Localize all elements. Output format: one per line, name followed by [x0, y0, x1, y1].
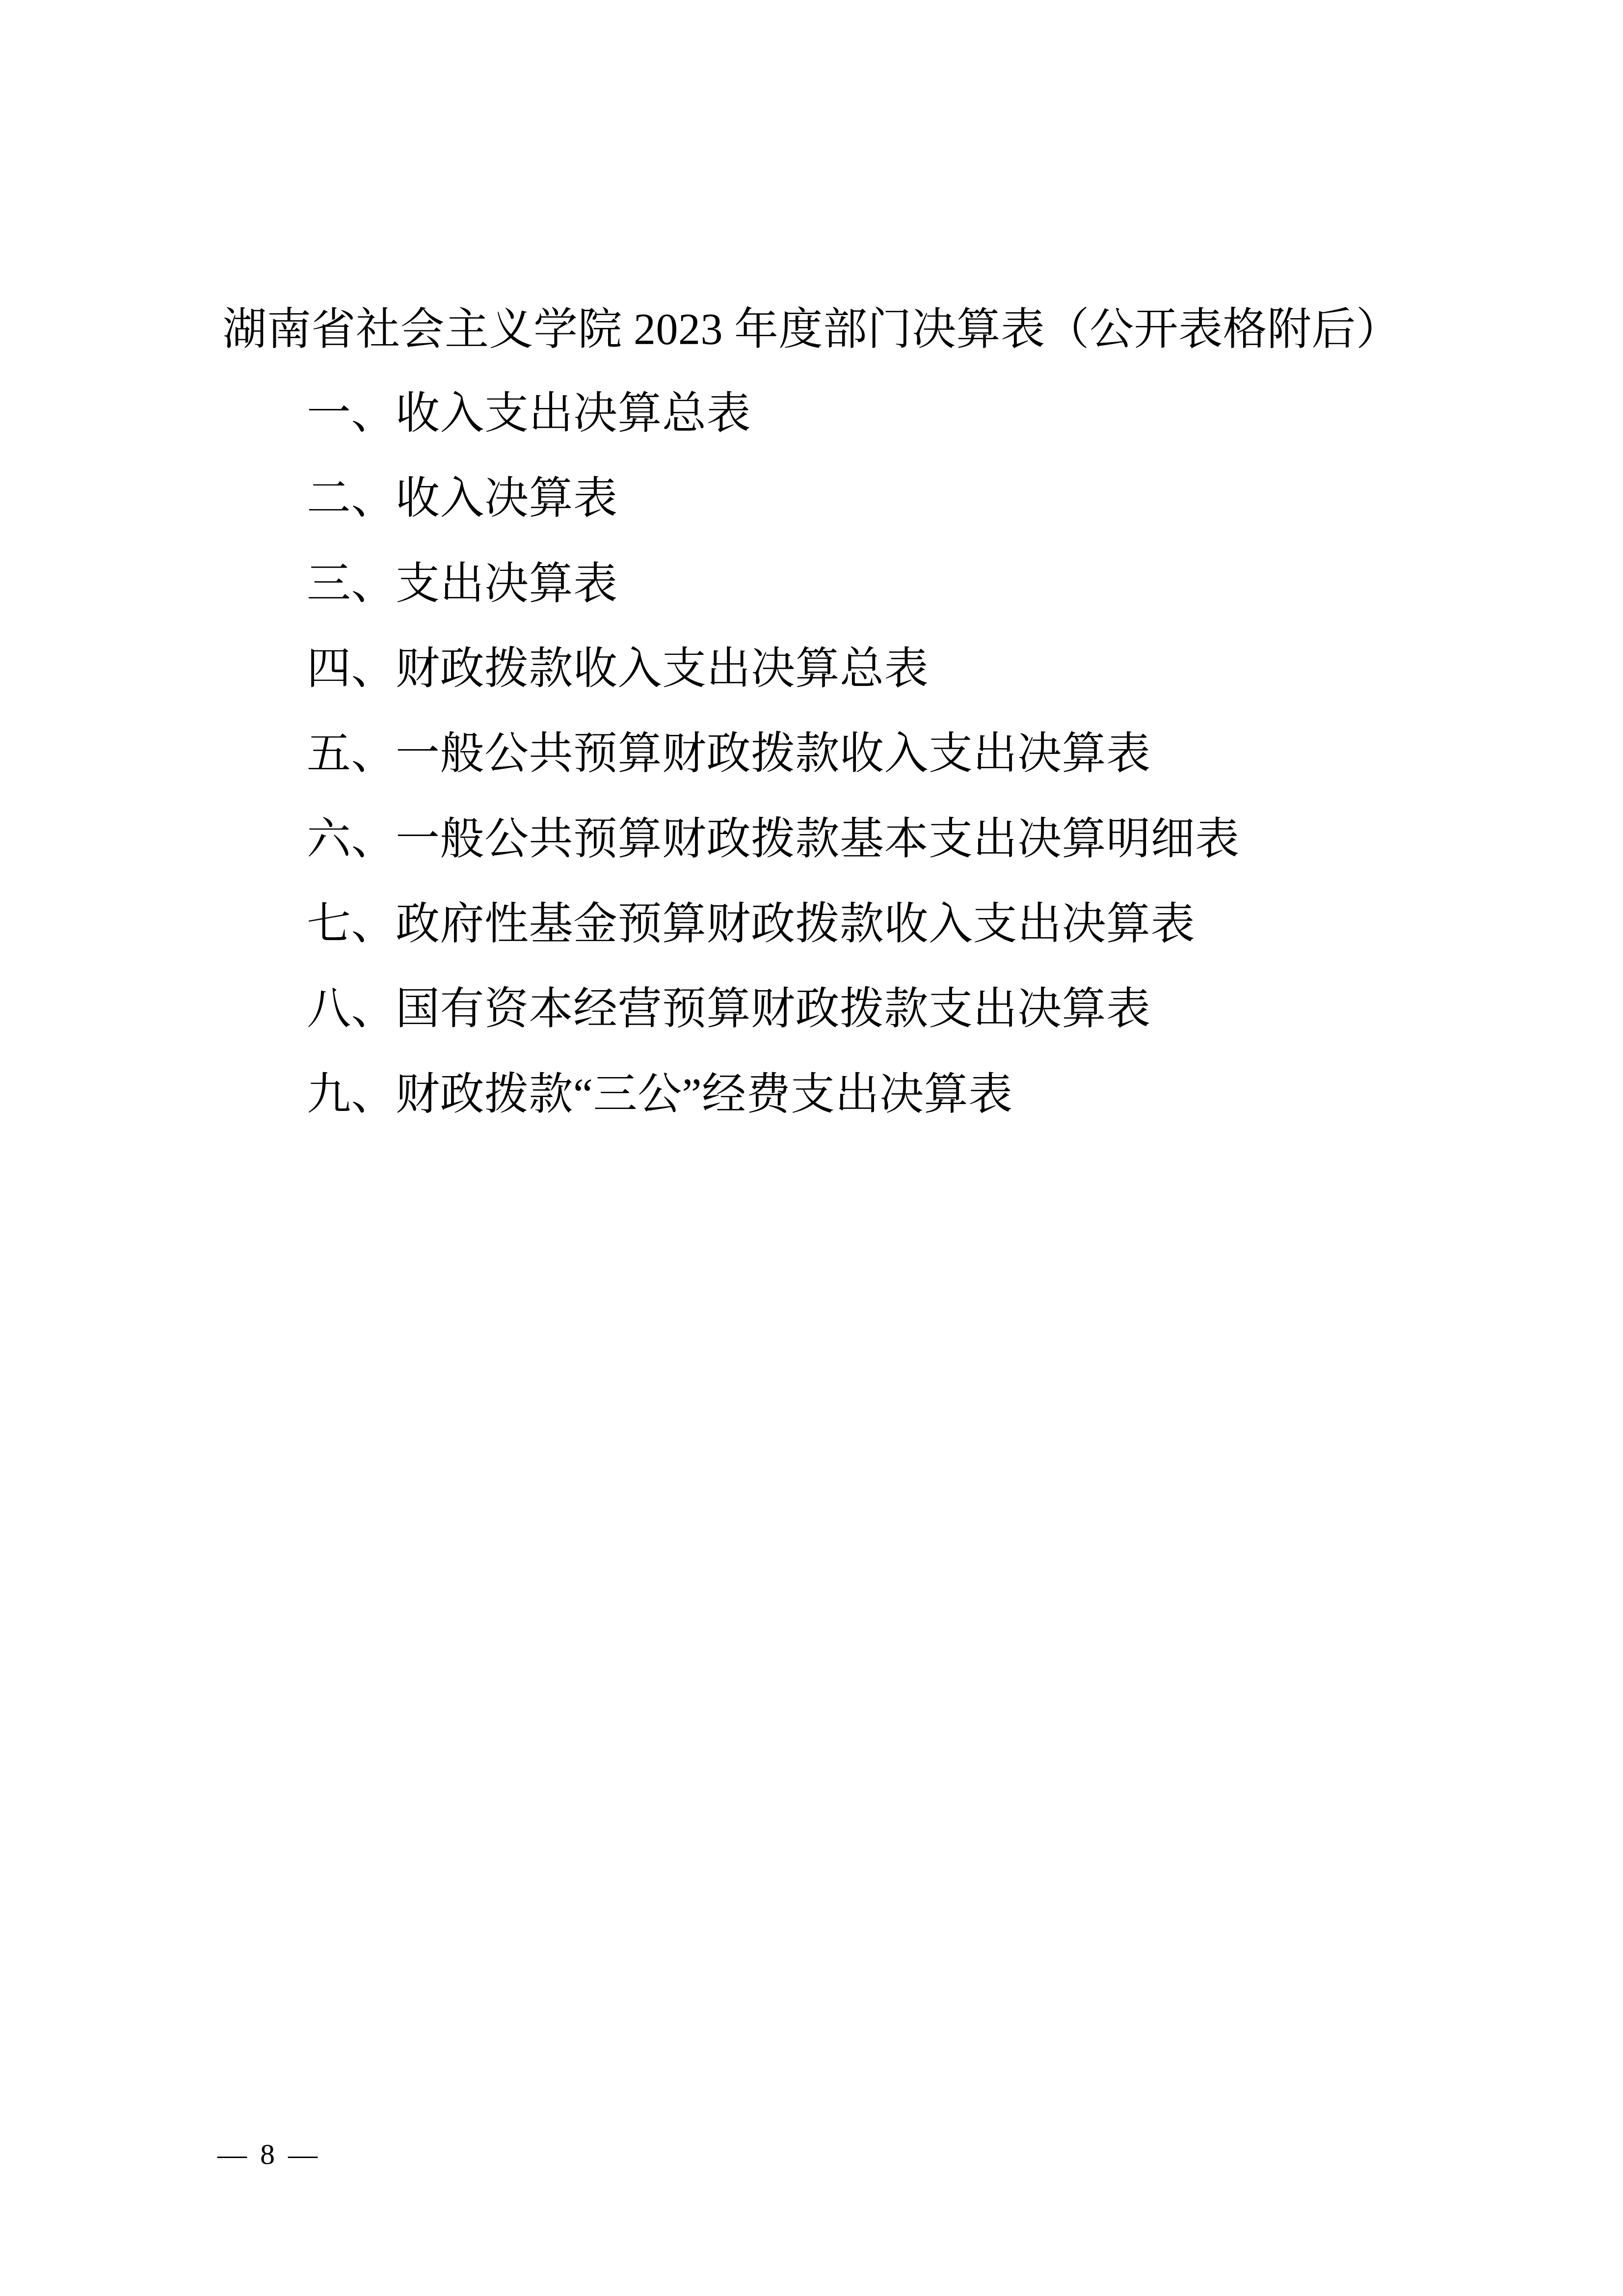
toc-item-1: 一、收入支出决算总表	[307, 392, 751, 436]
toc-item-9: 九、财政拨款“三公”经费支出决算表	[307, 1073, 1012, 1117]
page-number: — 8 —	[217, 2139, 320, 2169]
document-title: 湖南省社会主义学院 2023 年度部门决算表（公开表格附后）	[0, 308, 1623, 352]
toc-item-7: 七、政府性基金预算财政拨款收入支出决算表	[307, 902, 1195, 946]
toc-item-8: 八、国有资本经营预算财政拨款支出决算表	[307, 987, 1151, 1031]
toc-item-4: 四、财政拨款收入支出决算总表	[307, 647, 929, 691]
toc-item-5: 五、一般公共预算财政拨款收入支出决算表	[307, 732, 1151, 776]
toc-item-3: 三、支出决算表	[307, 562, 618, 606]
toc-item-2: 二、收入决算表	[307, 477, 618, 521]
document-page: 湖南省社会主义学院 2023 年度部门决算表（公开表格附后） 一、收入支出决算总…	[0, 0, 1623, 2296]
toc-item-6: 六、一般公共预算财政拨款基本支出决算明细表	[307, 817, 1240, 862]
